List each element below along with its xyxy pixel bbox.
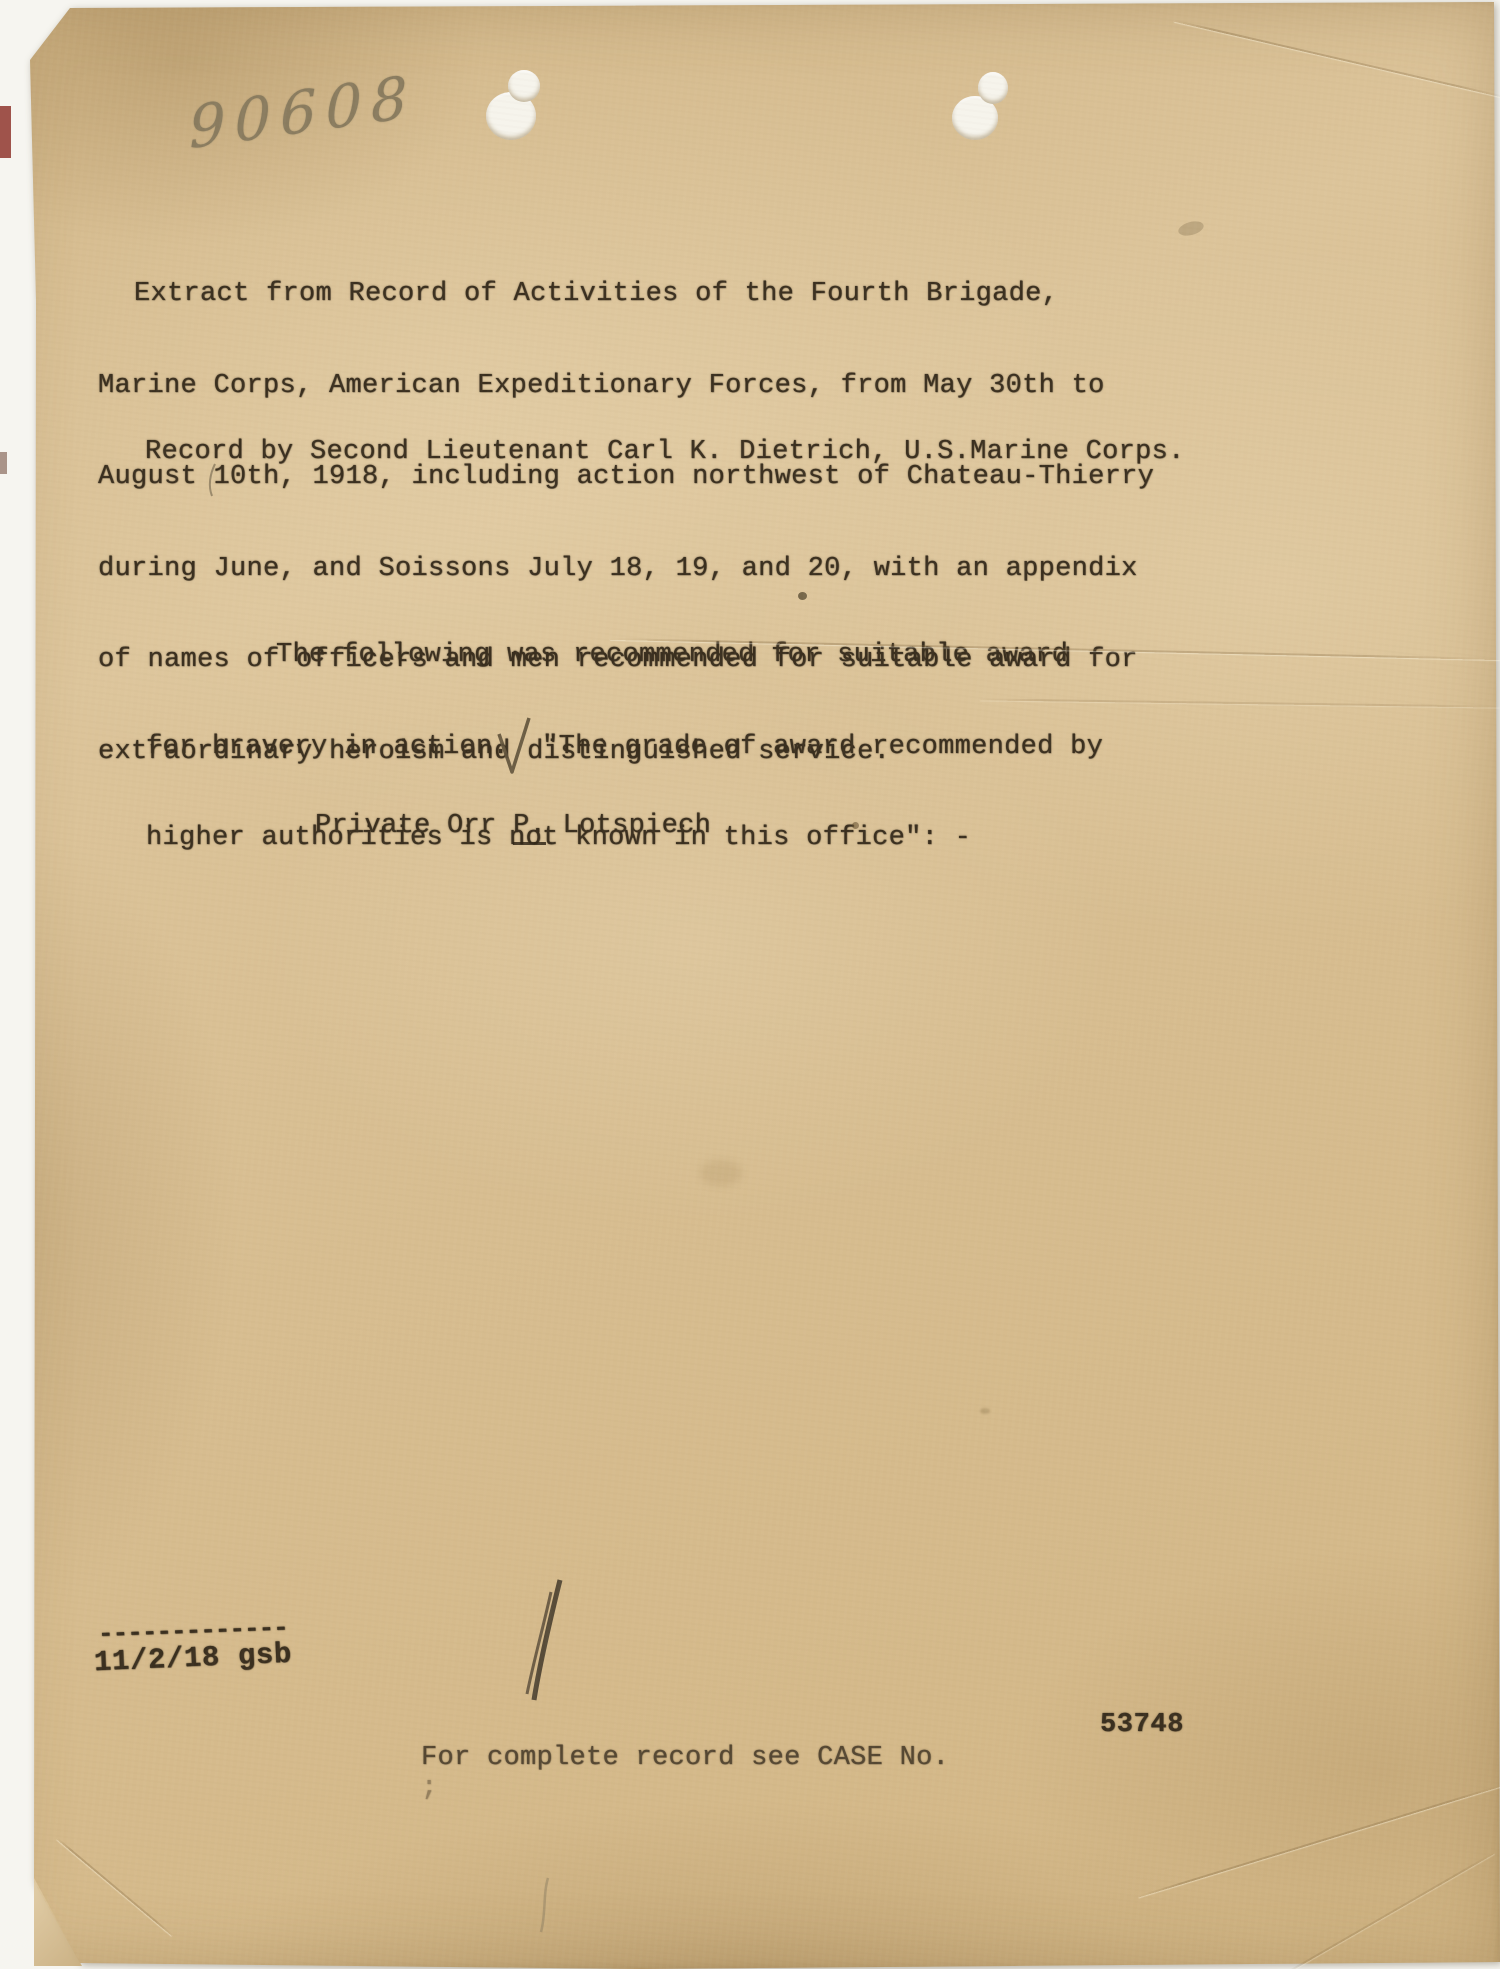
edge-artifact-small — [0, 452, 7, 474]
paragraph-line: Extract from Record of Activities of the… — [98, 279, 1154, 310]
punch-hole-left-lobe — [508, 70, 540, 102]
faint-pencil-mark — [536, 1876, 554, 1934]
awardee-suffix: Lotspiech — [546, 811, 711, 841]
case-reference-text: For complete record see CASE No. — [421, 1743, 949, 1773]
paragraph-line: for bravery in action. "The grade of awa… — [146, 732, 1103, 763]
awardee-prefix: Private Orr — [315, 811, 513, 841]
pencil-double-slash — [518, 1576, 572, 1704]
edge-artifact-red — [0, 106, 11, 158]
pencil-tick — [205, 462, 219, 498]
punch-hole-right-lobe — [978, 72, 1008, 104]
paragraph-line: Marine Corps, American Expeditionary For… — [98, 371, 1154, 402]
scan-background: { "page": { "handwritten_number": "90608… — [0, 0, 1500, 1969]
stray-mark: ; — [421, 1773, 438, 1803]
paragraph-line: The following was recommended for suitab… — [146, 640, 1103, 671]
awardee-initial-underlined: P. — [513, 811, 546, 846]
case-number: 53748 — [1100, 1710, 1184, 1741]
awardee-line: Private Orr P. Lotspiech — [282, 780, 711, 845]
record-attribution-line: Record by Second Lieutenant Carl K. Diet… — [145, 437, 1185, 468]
case-reference-line: For complete record see CASE No. ; — [388, 1712, 949, 1804]
pencil-checkmark — [492, 714, 534, 778]
